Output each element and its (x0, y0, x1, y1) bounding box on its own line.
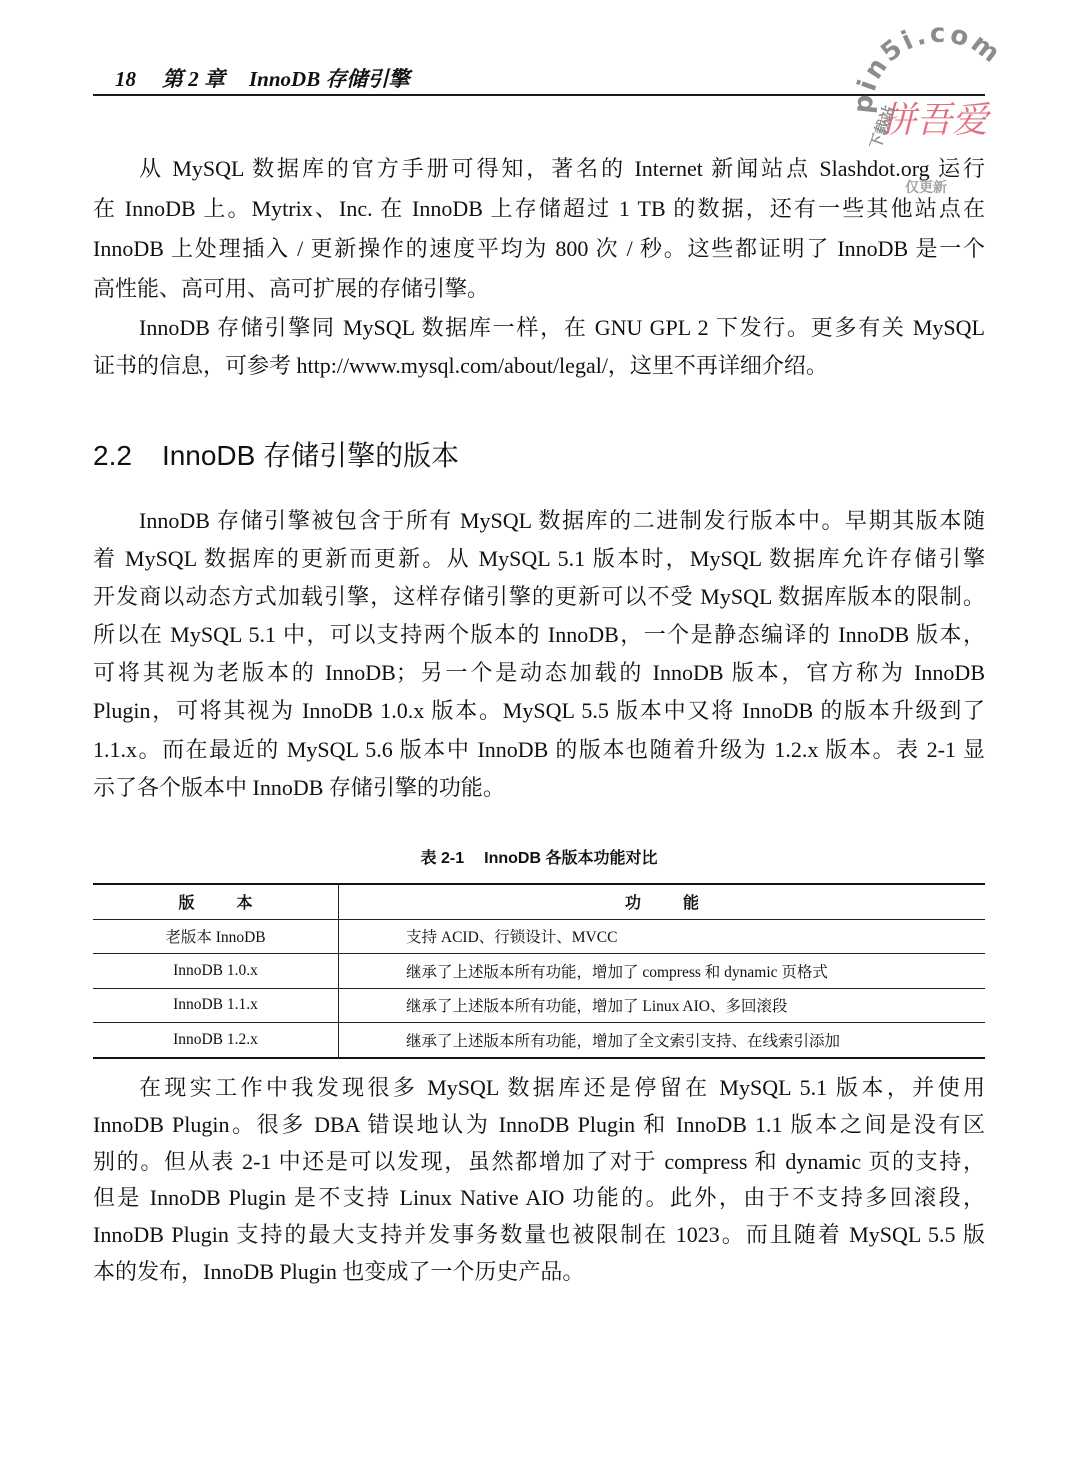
watermark-center-text: 拼吾爱 (880, 100, 992, 141)
text-line: 别的。但从表 2-1 中还是可以发现，虽然都增加了对于 compress 和 d… (93, 1144, 985, 1181)
text-line: 从 MySQL 数据库的官方手册可得知，著名的 Internet 新闻站点 Sl… (93, 149, 985, 189)
section-heading: 2.2InnoDB 存储引擎的版本 (93, 438, 459, 474)
table-row: InnoDB 1.2.x 继承了上述版本所有功能，增加了全文索引支持、在线索引添… (93, 1023, 985, 1058)
text-line: 1.1.x。而在最近的 MySQL 5.6 版本中 InnoDB 的版本也随着升… (93, 731, 985, 769)
watermark-right-text: 最新 (1018, 106, 1020, 140)
column-header-feature: 功能 (339, 884, 986, 919)
paragraph-intro: 从 MySQL 数据库的官方手册可得知，著名的 Internet 新闻站点 Sl… (93, 149, 985, 309)
column-header-version: 版本 (93, 884, 339, 919)
cell-version: InnoDB 1.2.x (93, 1023, 339, 1058)
text-line: 在 InnoDB 上。Mytrix、Inc. 在 InnoDB 上存储超过 1 … (93, 189, 985, 229)
cell-version: InnoDB 1.0.x (93, 954, 339, 989)
text-line: 在现实工作中我发现很多 MySQL 数据库还是停留在 MySQL 5.1 版本，… (93, 1070, 985, 1107)
text-line: Plugin，可将其视为 InnoDB 1.0.x 版本。MySQL 5.5 版… (93, 692, 985, 730)
table-row: InnoDB 1.0.x 继承了上述版本所有功能，增加了 compress 和 … (93, 954, 985, 989)
table-row: InnoDB 1.1.x 继承了上述版本所有功能，增加了 Linux AIO、多… (93, 988, 985, 1023)
text-line: InnoDB Plugin。很多 DBA 错误地认为 InnoDB Plugin… (93, 1107, 985, 1144)
chapter-label: 第 2 章 (162, 66, 225, 92)
text-line: InnoDB Plugin 支持的最大支持并发事务数量也被限制在 1023。而且… (93, 1217, 985, 1254)
table-caption: 表 2-1InnoDB 各版本功能对比 (93, 847, 985, 871)
section-number: 2.2 (93, 440, 132, 471)
section-title: InnoDB 存储引擎的版本 (162, 440, 459, 471)
paragraph-license: InnoDB 存储引擎同 MySQL 数据库一样，在 GNU GPL 2 下发行… (93, 309, 985, 385)
paragraph-plugin-note: 在现实工作中我发现很多 MySQL 数据库还是停留在 MySQL 5.1 版本，… (93, 1070, 985, 1291)
cell-feature: 继承了上述版本所有功能，增加了全文索引支持、在线索引添加 (339, 1023, 986, 1058)
chapter-title: InnoDB 存储引擎 (249, 66, 409, 92)
text-line: 高性能、高可用、高可扩展的存储引擎。 (93, 269, 985, 309)
text-line: 但是 InnoDB Plugin 是不支持 Linux Native AIO 功… (93, 1180, 985, 1217)
text-line: 所以在 MySQL 5.1 中，可以支持两个版本的 InnoDB，一个是静态编译… (93, 616, 985, 654)
table-row: 老版本 InnoDB 支持 ACID、行锁设计、MVCC (93, 919, 985, 954)
text-line: InnoDB 存储引擎同 MySQL 数据库一样，在 GNU GPL 2 下发行… (93, 309, 985, 347)
paragraph-versions: InnoDB 存储引擎被包含于所有 MySQL 数据库的二进制发行版本中。早期其… (93, 502, 985, 807)
text-line: InnoDB 存储引擎被包含于所有 MySQL 数据库的二进制发行版本中。早期其… (93, 502, 985, 540)
table-caption-title: InnoDB 各版本功能对比 (484, 850, 657, 867)
text-line: 可将其视为老版本的 InnoDB；另一个是动态加载的 InnoDB 版本，官方称… (93, 654, 985, 692)
text-line: 着 MySQL 数据库的更新而更新。从 MySQL 5.1 版本时，MySQL … (93, 540, 985, 578)
text-line: 示了各个版本中 InnoDB 存储引擎的功能。 (93, 769, 985, 807)
version-feature-table: 版本 功能 老版本 InnoDB 支持 ACID、行锁设计、MVCC InnoD… (93, 883, 985, 1059)
text-line: 证书的信息，可参考 http://www.mysql.com/about/leg… (93, 347, 985, 385)
cell-feature: 继承了上述版本所有功能，增加了 Linux AIO、多回滚段 (339, 988, 986, 1023)
page-number: 18 (115, 66, 136, 92)
cell-feature: 支持 ACID、行锁设计、MVCC (339, 919, 986, 954)
cell-version: InnoDB 1.1.x (93, 988, 339, 1023)
text-line: 开发商以动态方式加载引擎，这样存储引擎的更新可以不受 MySQL 数据库版本的限… (93, 578, 985, 616)
cell-feature: 继承了上述版本所有功能，增加了 compress 和 dynamic 页格式 (339, 954, 986, 989)
text-line: 本的发布，InnoDB Plugin 也变成了一个历史产品。 (93, 1254, 985, 1291)
running-header: 18第 2 章InnoDB 存储引擎 (93, 66, 985, 96)
cell-version: 老版本 InnoDB (93, 919, 339, 954)
table-caption-number: 表 2-1 (421, 850, 465, 867)
text-line: InnoDB 上处理插入 / 更新操作的速度平均为 800 次 / 秒。这些都证… (93, 229, 985, 269)
watermark-left-text: 下载站 (866, 103, 898, 151)
table-header-row: 版本 功能 (93, 884, 985, 919)
